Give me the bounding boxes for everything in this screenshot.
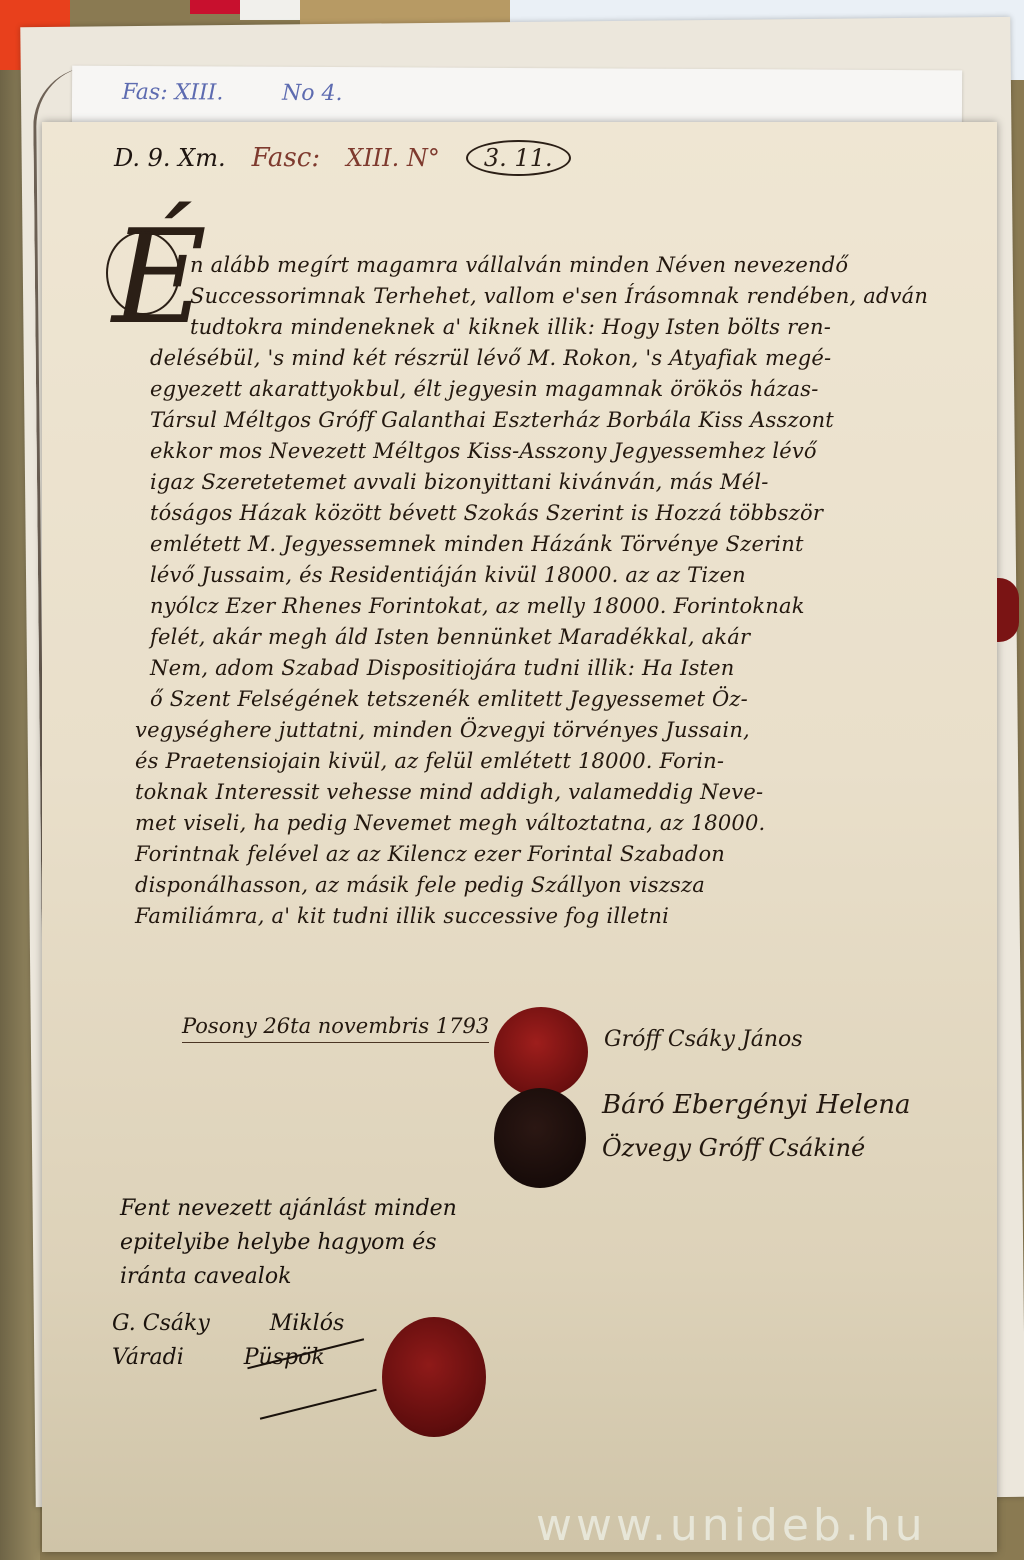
- text-line: igaz Szeretetemet avvali bizonyittani ki…: [150, 467, 990, 498]
- text-line: tudtokra mindeneknek a' kiknek illik: Ho…: [190, 312, 990, 343]
- postscript: Fent nevezett ajánlást minden epitelyibe…: [120, 1192, 457, 1294]
- document-body: n alább megírt magamra vállalván minden …: [190, 250, 990, 932]
- signature-name: Váradi: [112, 1341, 184, 1375]
- circled-number: 3. 11.: [466, 140, 571, 176]
- black-wax-seal: [494, 1088, 586, 1188]
- text-line: tóságos Házak között bévett Szokás Szeri…: [150, 498, 990, 529]
- signature-2: Báró Ebergényi Helena: [602, 1090, 910, 1120]
- text-line: és Praetensiojain kivül, az felül emléte…: [135, 746, 990, 777]
- text-line: Forintnak felével az az Kilencz ezer For…: [135, 839, 990, 870]
- text-line: emlétett M. Jegyessemnek minden Házánk T…: [150, 529, 990, 560]
- middle-sheet-number: No 4.: [282, 81, 343, 106]
- text-line: egyezett akarattyokbul, élt jegyesin mag…: [150, 374, 990, 405]
- text-line: toknak Interessit vehesse mind addigh, v…: [135, 777, 990, 808]
- postscript-line: epitelyibe helybe hagyom és: [120, 1226, 457, 1260]
- text-line: met viseli, ha pedig Nevemet megh változ…: [135, 808, 990, 839]
- text-line: ő Szent Felségének tetszenék emlitett Je…: [150, 684, 990, 715]
- background-white-card: [240, 0, 302, 20]
- text-line: Successorimnak Terhehet, vallom e'sen Ír…: [190, 281, 990, 312]
- red-wax-seal-lower: [382, 1317, 486, 1437]
- text-line: lévő Jussaim, és Residentiáján kivül 180…: [150, 560, 990, 591]
- text-line: ekkor mos Nevezett Méltgos Kiss-Asszony …: [150, 436, 990, 467]
- text-line: Nem, adom Szabad Dispositiojára tudni il…: [150, 653, 990, 684]
- main-document-sheet: D. 9. Xm. Fasc: XIII. N° 3. 11. É n aláb…: [42, 122, 997, 1552]
- date-place: Posony 26ta novembris 1793: [182, 1014, 489, 1043]
- middle-sheet-label: Fas: XIII.: [122, 80, 223, 106]
- text-line: delésébül, 's mind két részrül lévő M. R…: [150, 343, 990, 374]
- signature-3: Özvegy Gróff Csákiné: [602, 1134, 865, 1162]
- text-line: Familiámra, a' kit tudni illik successiv…: [135, 901, 990, 932]
- background-red-tag: [190, 0, 240, 14]
- postscript-line: Fent nevezett ajánlást minden: [120, 1192, 457, 1226]
- text-line: nyólcz Ezer Rhenes Forintokat, az melly …: [150, 591, 990, 622]
- text-line: disponálhasson, az másik fele pedig Szál…: [135, 870, 990, 901]
- text-line: Társul Méltgos Gróff Galanthai Eszterház…: [150, 405, 990, 436]
- red-wax-seal: [494, 1007, 588, 1097]
- fascicle-label: Fasc:: [252, 143, 320, 173]
- signature-name: G. Csáky: [112, 1307, 210, 1341]
- postscript-line: iránta cavealok: [120, 1260, 457, 1294]
- text-line: vegységhere juttatni, minden Özvegyi tör…: [135, 715, 990, 746]
- wax-seal-edge: [997, 578, 1019, 642]
- document-header: D. 9. Xm. Fasc: XIII. N° 3. 11.: [114, 140, 571, 190]
- text-line: n alább megírt magamra vállalván minden …: [190, 250, 990, 281]
- text-line: felét, akár megh áld Isten bennünket Mar…: [150, 622, 990, 653]
- watermark: www.unideb.hu: [536, 1500, 927, 1551]
- signature-1: Gróff Csáky János: [604, 1027, 803, 1052]
- fascicle-number: XIII. N°: [346, 144, 440, 172]
- reference-code: D. 9. Xm.: [114, 144, 226, 172]
- signature-name: Miklós: [270, 1307, 344, 1341]
